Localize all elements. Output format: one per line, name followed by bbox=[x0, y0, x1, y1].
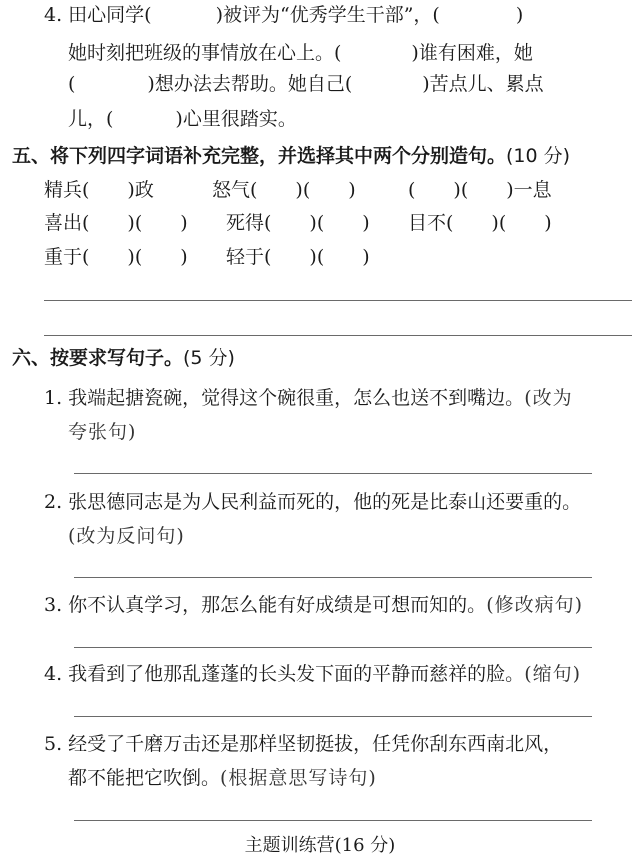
section-6-title: 六、按要求写句子。 bbox=[12, 347, 183, 369]
item-text: 张思德同志是为人民利益而死的，他的死是比泰山还要重的。 bbox=[68, 491, 581, 513]
item-instruction: (改为 bbox=[524, 387, 572, 409]
section-5-score: (10 分) bbox=[506, 145, 570, 167]
item-number: 2. bbox=[44, 491, 68, 513]
section-5-heading: 五、将下列四字词语补充完整，并选择其中两个分别造句。(10 分) bbox=[12, 144, 570, 168]
idiom-item[interactable]: 喜出( )( ) bbox=[44, 211, 188, 235]
q4-text: )想办法去帮助。她自己( bbox=[147, 73, 352, 95]
answer-line[interactable] bbox=[44, 335, 632, 336]
q4-text: )谁有困难，她 bbox=[411, 42, 532, 64]
item-text: 经受了千磨万击还是那样坚韧挺拔，任凭你刮东西南北风， bbox=[68, 733, 562, 755]
q4-text: 她时刻把班级的事情放在心上。( bbox=[68, 42, 341, 64]
answer-line[interactable] bbox=[44, 300, 632, 301]
item-text: 我端起搪瓷碗，觉得这个碗很重，怎么也送不到嘴边。 bbox=[68, 387, 524, 409]
idiom-item[interactable]: 轻于( )( ) bbox=[226, 245, 370, 269]
idiom-item[interactable]: ( )( )一息 bbox=[408, 178, 552, 202]
answer-line[interactable] bbox=[74, 647, 592, 648]
item-number: 3. bbox=[44, 594, 68, 616]
section-6-score: (5 分) bbox=[183, 347, 235, 369]
q4-text: 儿，( bbox=[68, 108, 113, 130]
item-text: 我看到了他那乱蓬蓬的长头发下面的平静而慈祥的脸。 bbox=[68, 663, 524, 685]
s6-item-2-line-2: (改为反问句) bbox=[68, 524, 185, 548]
item-instruction: (改为反问句) bbox=[68, 525, 185, 547]
item-number: 5. bbox=[44, 733, 68, 755]
s6-item-5-line-1: 5. 经受了千磨万击还是那样坚韧挺拔，任凭你刮东西南北风， bbox=[44, 732, 562, 756]
section-footer-title: 主题训练营(16 分) bbox=[0, 834, 640, 858]
idiom-item[interactable]: 死得( )( ) bbox=[226, 211, 370, 235]
q4-text: )苦点儿、累点 bbox=[422, 73, 543, 95]
item-instruction: (修改病句) bbox=[486, 594, 583, 616]
item-instruction: (根据意思写诗句) bbox=[220, 767, 377, 789]
q4-text: ( bbox=[68, 73, 75, 95]
q4-text: 田心同学( bbox=[68, 4, 151, 26]
item-number: 1. bbox=[44, 387, 68, 409]
q4-text: ) bbox=[516, 4, 523, 26]
q4-number: 4. bbox=[44, 4, 68, 26]
s6-item-3-line-1: 3. 你不认真学习，那怎么能有好成绩是可想而知的。(修改病句) bbox=[44, 593, 583, 617]
q4-line-2: 她时刻把班级的事情放在心上。()谁有困难，她 bbox=[68, 41, 533, 65]
s6-item-2-line-1: 2. 张思德同志是为人民利益而死的，他的死是比泰山还要重的。 bbox=[44, 490, 581, 514]
q4-line-1: 4. 田心同学()被评为“优秀学生干部”，() bbox=[44, 3, 523, 27]
idiom-item[interactable]: 精兵( )政 bbox=[44, 178, 154, 202]
q4-text: )被评为“优秀学生干部”，( bbox=[216, 4, 440, 26]
q4-line-3: ()想办法去帮助。她自己()苦点儿、累点 bbox=[68, 72, 544, 96]
item-instruction: (缩句) bbox=[524, 663, 581, 685]
answer-line[interactable] bbox=[74, 820, 592, 821]
s6-item-5-line-2: 都不能把它吹倒。(根据意思写诗句) bbox=[68, 766, 377, 790]
idiom-item[interactable]: 怒气( )( ) bbox=[212, 178, 356, 202]
section-5-title: 五、将下列四字词语补充完整，并选择其中两个分别造句。 bbox=[12, 145, 506, 167]
s6-item-1-line-1: 1. 我端起搪瓷碗，觉得这个碗很重，怎么也送不到嘴边。(改为 bbox=[44, 386, 573, 410]
idiom-item[interactable]: 目不( )( ) bbox=[408, 211, 552, 235]
item-text: 你不认真学习，那怎么能有好成绩是可想而知的。 bbox=[68, 594, 486, 616]
answer-line[interactable] bbox=[74, 716, 592, 717]
item-text: 都不能把它吹倒。 bbox=[68, 767, 220, 789]
section-6-heading: 六、按要求写句子。(5 分) bbox=[12, 346, 235, 370]
idiom-item[interactable]: 重于( )( ) bbox=[44, 245, 188, 269]
s6-item-4-line-1: 4. 我看到了他那乱蓬蓬的长头发下面的平静而慈祥的脸。(缩句) bbox=[44, 662, 581, 686]
item-instruction: 夸张句) bbox=[68, 421, 136, 443]
q4-text: )心里很踏实。 bbox=[175, 108, 296, 130]
s6-item-1-line-2: 夸张句) bbox=[68, 420, 136, 444]
item-number: 4. bbox=[44, 663, 68, 685]
answer-line[interactable] bbox=[74, 577, 592, 578]
answer-line[interactable] bbox=[74, 473, 592, 474]
q4-line-4: 儿，()心里很踏实。 bbox=[68, 107, 297, 131]
